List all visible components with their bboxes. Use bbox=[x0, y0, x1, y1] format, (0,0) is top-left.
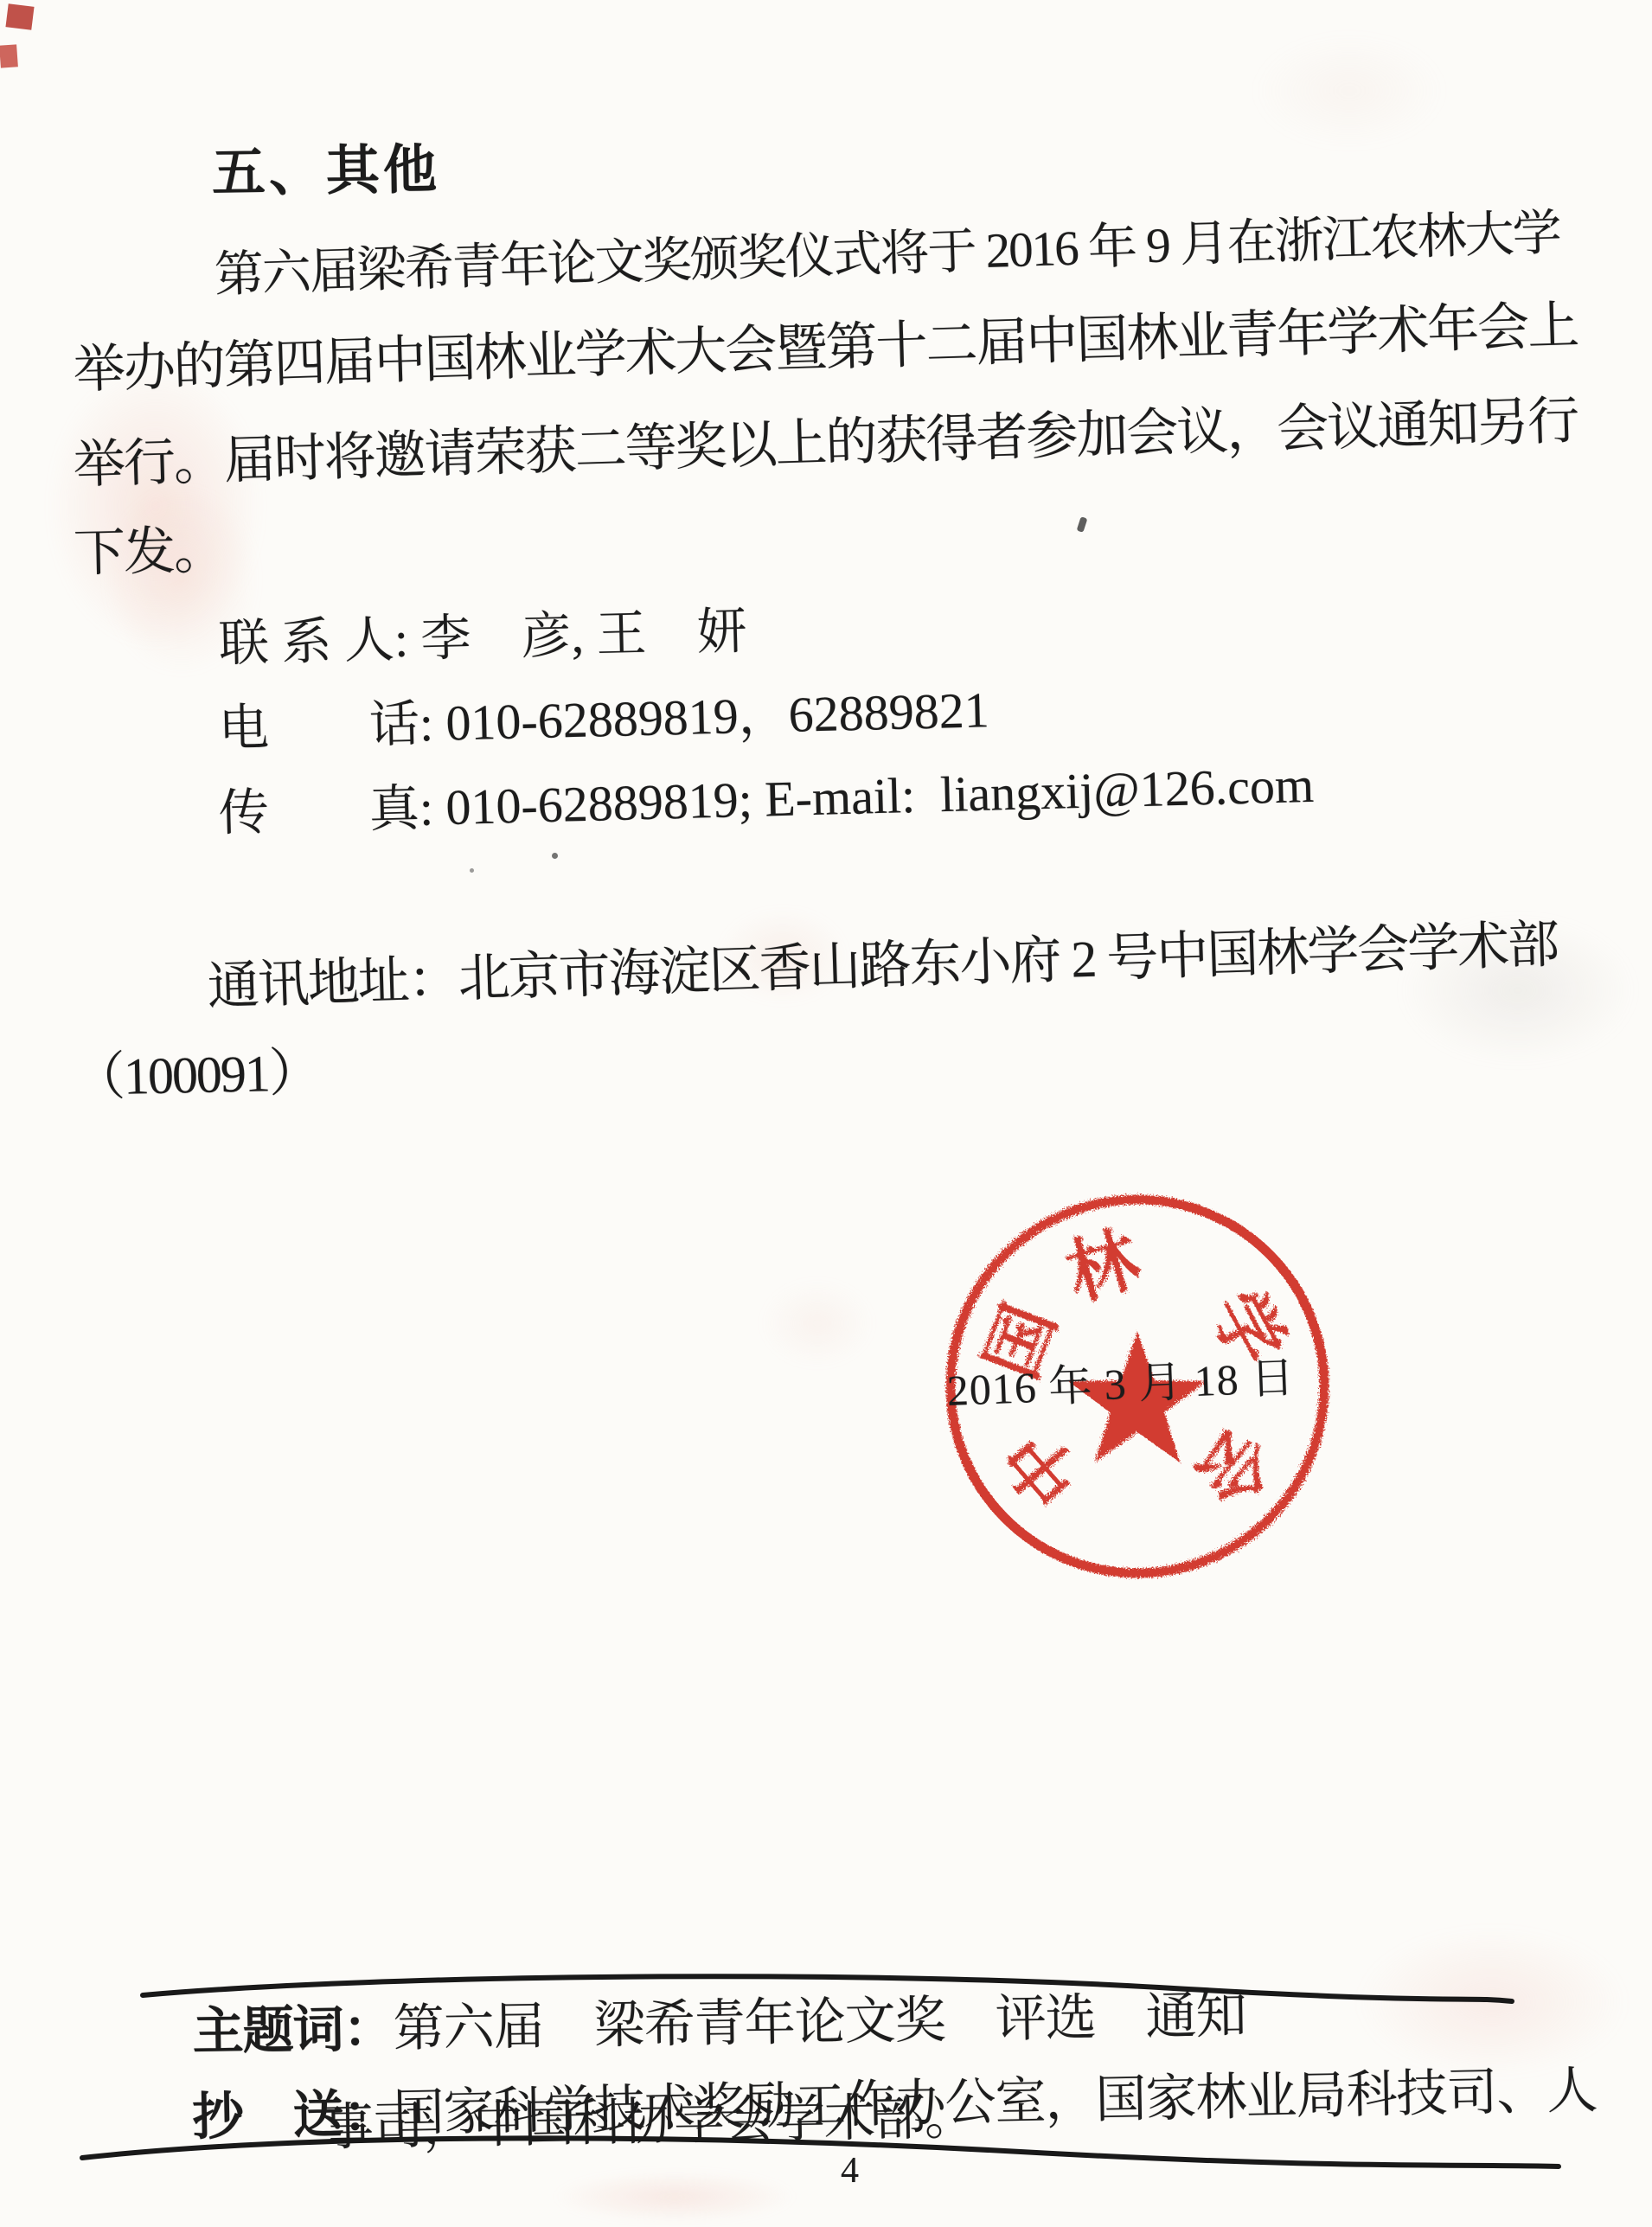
document-date: 2016 年 3 月 18 日 bbox=[945, 1343, 1296, 1418]
seal-char: 中 bbox=[990, 1415, 1096, 1520]
seal-char: 林 bbox=[1058, 1219, 1149, 1315]
postal-code: （100091） bbox=[73, 1031, 320, 1110]
paper-smudge bbox=[761, 1280, 874, 1366]
red-corner-mark-1 bbox=[5, 3, 34, 29]
contact-phone: 电 话: 010-62889819，62889821 bbox=[218, 669, 990, 760]
subject-underline bbox=[143, 1976, 1512, 2001]
seal-char: 会 bbox=[1180, 1414, 1285, 1519]
footer-bottom-rule bbox=[82, 2138, 1559, 2166]
scan-speck bbox=[552, 853, 558, 859]
scan-speck bbox=[470, 868, 474, 873]
paragraph-line: 举行。届时将邀请荣获二等奖以上的获得者参加会议，会议通知另行 bbox=[72, 379, 1578, 498]
paragraph-line: 第六届梁希青年论文奖颁奖仪式将于 2016 年 9 月在浙江农林大学 bbox=[213, 193, 1560, 306]
red-corner-mark-2 bbox=[0, 44, 18, 67]
mailing-address: 通讯地址：北京市海淀区香山路东小府 2 号中国林学会学术部 bbox=[206, 903, 1559, 1020]
paragraph-line: 下发。 bbox=[73, 509, 225, 586]
paper-smudge bbox=[1254, 35, 1444, 147]
footer-rule-lines bbox=[0, 1946, 1652, 2227]
scan-speck bbox=[1077, 516, 1088, 533]
contact-fax-email: 传 真: 010-62889819; E-mail: liangxij@126.… bbox=[218, 744, 1315, 845]
section-heading: 五、其他 bbox=[211, 126, 440, 207]
contact-person: 联 系 人: 李 彦, 王 妍 bbox=[218, 590, 747, 675]
document-page: 五、其他 第六届梁希青年论文奖颁奖仪式将于 2016 年 9 月在浙江农林大学 … bbox=[0, 0, 1652, 2227]
